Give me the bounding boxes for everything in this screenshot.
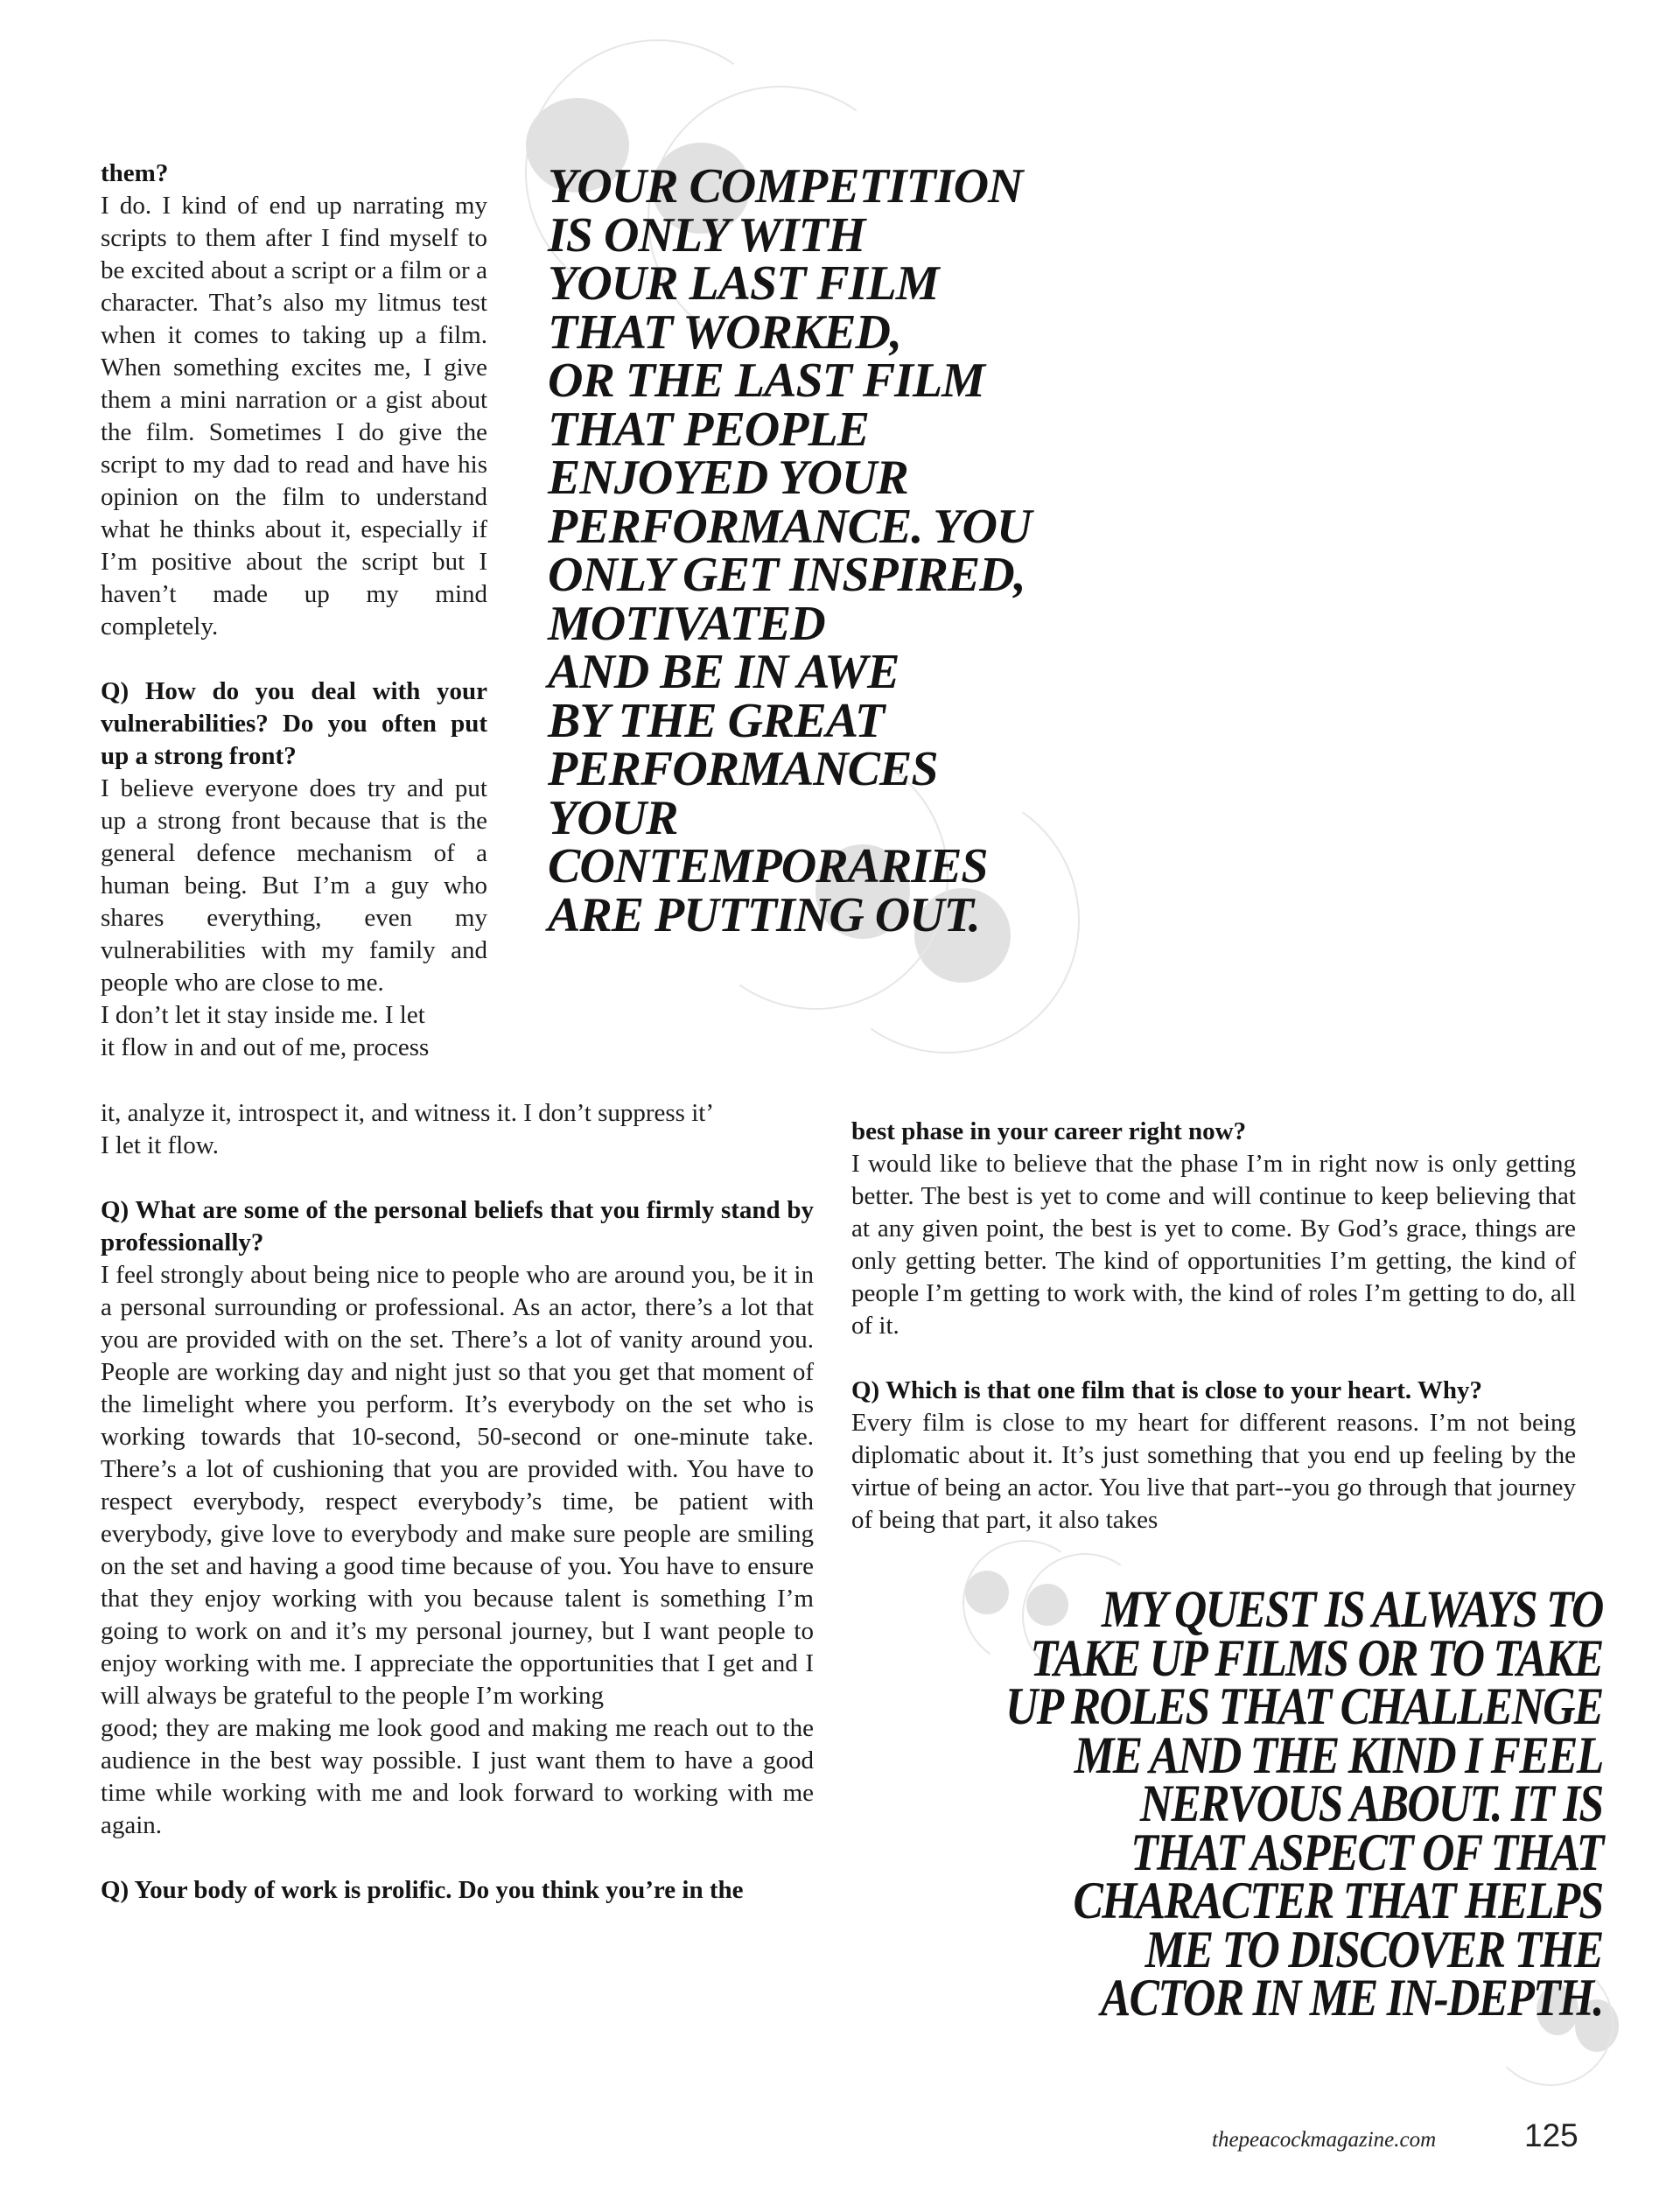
question-body-of-work: Q) Your body of work is prolific. Do you… — [101, 1874, 814, 1907]
pull-quote-line: IS ONLY WITH — [548, 212, 1031, 261]
pull-quote-line: NERVOUS ABOUT. IT IS — [1006, 1780, 1603, 1829]
left-column-wide: it, analyze it, introspect it, and witne… — [101, 1097, 814, 1907]
question-vulnerabilities: Q) How do you deal with your vulnerabili… — [101, 675, 487, 773]
answer-paragraph: good; they are making me look good and m… — [101, 1712, 814, 1842]
pull-quote-line: ME TO DISCOVER THE — [1006, 1926, 1603, 1975]
pull-quote-line: THAT PEOPLE — [548, 406, 1031, 455]
question-best-phase: best phase in your career right now? — [851, 1116, 1576, 1148]
footer-website: thepeacockmagazine.com — [1212, 2128, 1436, 2152]
answer-line: I don’t let it stay inside me. I let — [101, 999, 487, 1032]
answer-paragraph: I feel strongly about being nice to peop… — [101, 1259, 814, 1712]
pull-quote-line: YOUR — [548, 794, 1031, 843]
pull-quote-line: OR THE LAST FILM — [548, 357, 1031, 406]
pull-quote-line: ONLY GET INSPIRED, — [548, 551, 1031, 600]
answer-paragraph: Every film is close to my heart for diff… — [851, 1407, 1576, 1536]
left-column-narrow: them? I do. I kind of end up narrating m… — [101, 157, 487, 1064]
pull-quote-line: UP ROLES THAT CHALLENGE — [1006, 1683, 1603, 1732]
pull-quote-line: TAKE UP FILMS OR TO TAKE — [1006, 1634, 1603, 1683]
pull-quote-line: ENJOYED YOUR — [548, 454, 1031, 503]
right-column: best phase in your career right now? I w… — [851, 1116, 1576, 1536]
pull-quote-quest: MY QUEST IS ALWAYS TO TAKE UP FILMS OR T… — [1006, 1585, 1603, 2023]
page-number: 125 — [1524, 2117, 1578, 2154]
pull-quote-competition: YOUR COMPETITION IS ONLY WITH YOUR LAST … — [548, 163, 1031, 940]
pull-quote-line: MY QUEST IS ALWAYS TO — [1006, 1585, 1603, 1634]
pull-quote-line: ACTOR IN ME IN-DEPTH. — [1006, 1974, 1603, 2023]
answer-line: I let it flow. — [101, 1130, 814, 1162]
pull-quote-line: YOUR LAST FILM — [548, 260, 1031, 309]
answer-line: it, analyze it, introspect it, and witne… — [101, 1097, 814, 1130]
quote-dot — [965, 1571, 1009, 1614]
pull-quote-line: PERFORMANCES — [548, 745, 1031, 794]
pull-quote-line: YOUR COMPETITION — [548, 163, 1031, 212]
pull-quote-line: MOTIVATED — [548, 600, 1031, 649]
answer-line: it flow in and out of me, process — [101, 1032, 487, 1064]
pull-quote-line: CHARACTER THAT HELPS — [1006, 1877, 1603, 1926]
pull-quote-line: ME AND THE KIND I FEEL — [1006, 1732, 1603, 1781]
pull-quote-line: THAT ASPECT OF THAT — [1006, 1829, 1603, 1878]
question-personal-beliefs: Q) What are some of the personal beliefs… — [101, 1194, 814, 1259]
pull-quote-line: ARE PUTTING OUT. — [548, 892, 1031, 941]
question-continuation: them? — [101, 157, 487, 190]
question-close-to-heart: Q) Which is that one film that is close … — [851, 1375, 1576, 1407]
pull-quote-line: AND BE IN AWE — [548, 648, 1031, 697]
pull-quote-line: CONTEMPORARIES — [548, 843, 1031, 892]
pull-quote-line: THAT WORKED, — [548, 309, 1031, 358]
pull-quote-line: PERFORMANCE. YOU — [548, 503, 1031, 552]
answer-paragraph: I believe everyone does try and put up a… — [101, 773, 487, 999]
answer-paragraph: I do. I kind of end up narrating my scri… — [101, 190, 487, 643]
pull-quote-line: BY THE GREAT — [548, 697, 1031, 746]
answer-paragraph: I would like to believe that the phase I… — [851, 1148, 1576, 1342]
